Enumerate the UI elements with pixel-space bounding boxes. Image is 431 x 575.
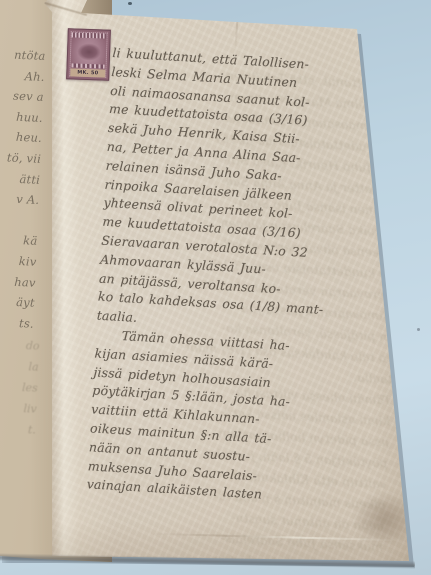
debris-speck <box>128 2 132 5</box>
fragment-line: ntöta <box>0 44 46 67</box>
fragment-line: liv <box>0 397 37 420</box>
fragment-line: heu. <box>0 126 42 149</box>
fragment-line: huu. <box>0 106 43 129</box>
left-page-faint-fragments: do la les liv t. <box>0 334 44 441</box>
main-page: li kuuluttanut, että Talollisen- leski S… <box>0 0 431 575</box>
revenue-stamp: MK. 50 P:IÄ <box>66 28 111 80</box>
fragment-line: hav <box>0 270 36 293</box>
fragment-line: v A. <box>0 188 40 211</box>
fragment-line: la <box>0 355 39 378</box>
fragment-line: t. <box>0 418 36 441</box>
fragment-line: ätti <box>0 167 41 190</box>
fragment-line: les <box>0 376 38 399</box>
fragment-line: kiv <box>0 250 37 273</box>
fragment-line <box>0 209 39 232</box>
fragment-line: sev a <box>0 85 44 108</box>
fragment-line: kä <box>0 229 38 252</box>
fragment-line: äyt <box>0 291 35 314</box>
fragment-line: Ah. <box>0 65 45 88</box>
fragment-line: tö, vii <box>0 147 41 170</box>
debris-speck <box>417 328 420 331</box>
fragment-line: do <box>0 334 40 357</box>
fragment-line: ts. <box>0 311 34 334</box>
stamp-value-label: MK. 50 P:IÄ <box>70 68 105 77</box>
document-photo: ntöta Ah. sev a huu. heu. tö, vii ätti v… <box>0 0 431 575</box>
